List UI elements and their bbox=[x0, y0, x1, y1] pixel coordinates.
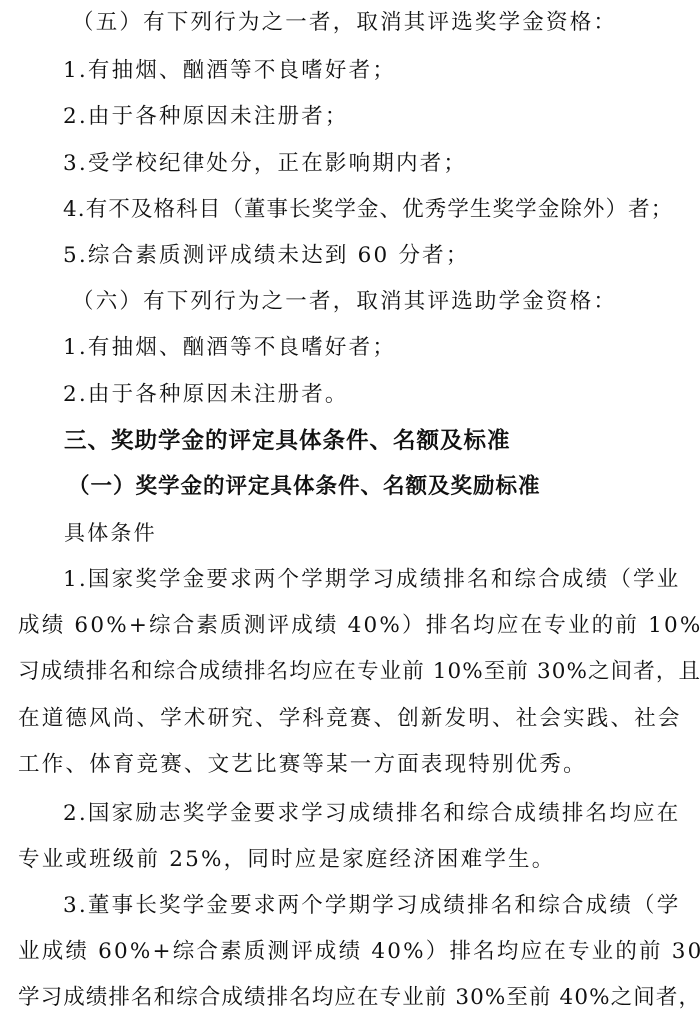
list-item: 1.有抽烟、酗酒等不良嗜好者； bbox=[63, 333, 700, 363]
list-item: 2.由于各种原因未注册者； bbox=[63, 102, 700, 132]
clause-heading-6: （六）有下列行为之一者，取消其评选助学金资格： bbox=[72, 287, 700, 317]
section-heading: 三、奖助学金的评定具体条件、名额及标准 bbox=[64, 426, 700, 456]
subsection-heading: （一）奖学金的评定具体条件、名额及奖励标准 bbox=[68, 472, 700, 502]
paragraph-line: 习成绩排名和综合成绩排名均应在专业前 10%至前 30%之间者，且 bbox=[18, 657, 700, 687]
list-item: 3.受学校纪律处分，正在影响期内者； bbox=[63, 149, 700, 179]
paragraph-line: 业成绩 60%+综合素质测评成绩 40%）排名均应在专业的前 30%； bbox=[18, 937, 700, 967]
list-item: 4.有不及格科目（董事长奖学金、优秀学生奖学金除外）者； bbox=[63, 195, 700, 225]
paragraph-line: 2.国家励志奖学金要求学习成绩排名和综合成绩排名均应在 bbox=[63, 799, 700, 829]
list-item: 1.有抽烟、酗酒等不良嗜好者； bbox=[63, 56, 700, 86]
paragraph-line: 成绩 60%+综合素质测评成绩 40%）排名均应在专业的前 10%；学 bbox=[18, 611, 700, 641]
paragraph-line: 工作、体育竞赛、文艺比赛等某一方面表现特别优秀。 bbox=[18, 750, 700, 780]
list-item: 5.综合素质测评成绩未达到 60 分者； bbox=[63, 241, 700, 271]
paragraph-line: 3.董事长奖学金要求两个学期学习成绩排名和综合成绩（学 bbox=[63, 891, 700, 921]
paragraph-line: 1.国家奖学金要求两个学期学习成绩排名和综合成绩（学业 bbox=[63, 565, 700, 595]
paragraph-line: 在道德风尚、学术研究、学科竞赛、创新发明、社会实践、社会 bbox=[18, 704, 700, 734]
paragraph-line: 专业或班级前 25%，同时应是家庭经济困难学生。 bbox=[18, 845, 700, 875]
paragraph-line: 学习成绩排名和综合成绩排名均应在专业前 30%至前 40%之间者， bbox=[18, 983, 700, 1013]
list-item: 2.由于各种原因未注册者。 bbox=[63, 380, 700, 410]
minor-heading: 具体条件 bbox=[64, 518, 700, 548]
clause-heading-5: （五）有下列行为之一者，取消其评选奖学金资格： bbox=[72, 8, 700, 38]
